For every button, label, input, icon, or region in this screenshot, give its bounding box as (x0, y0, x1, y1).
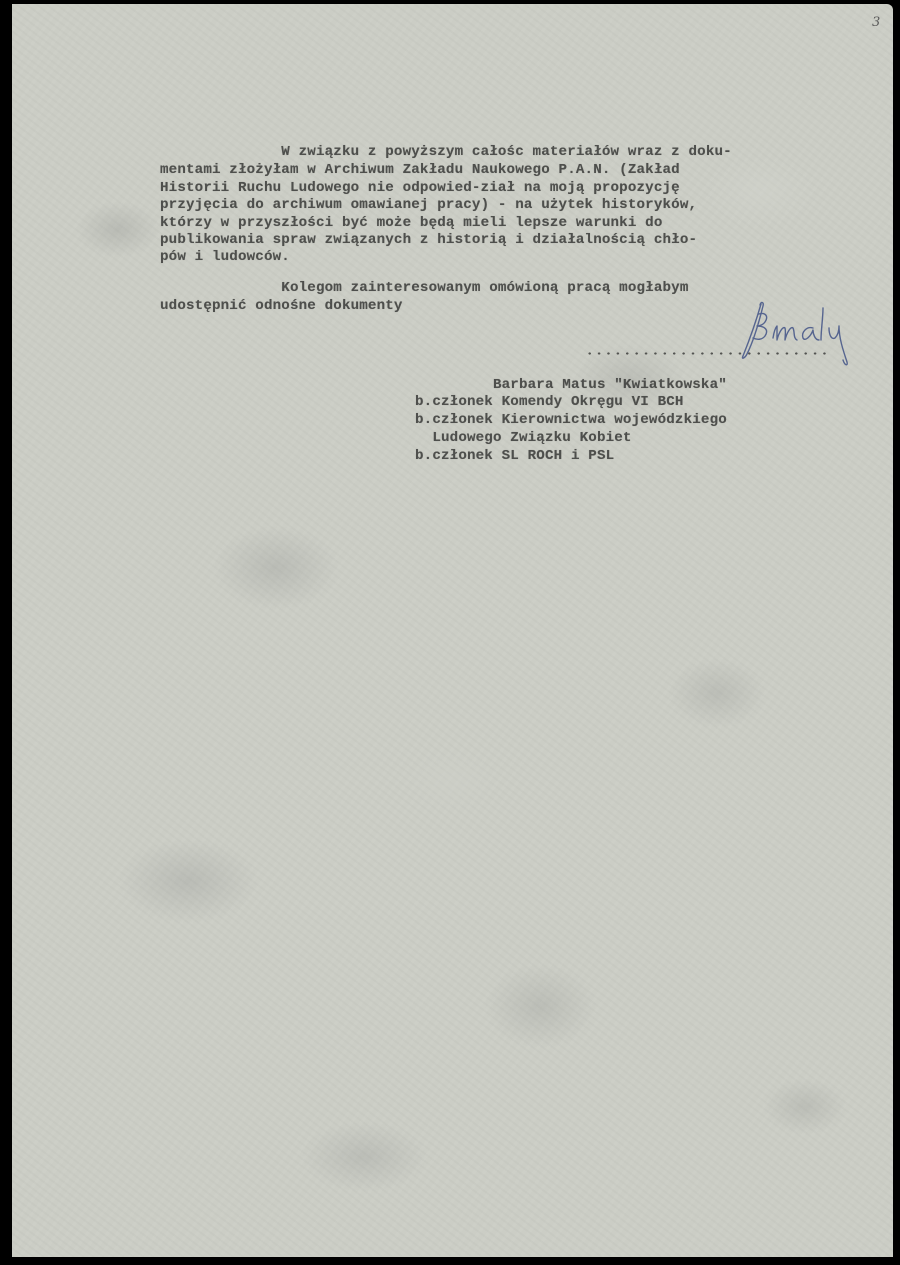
paragraph-1-line-6: publikowania spraw związanych z historią… (160, 232, 697, 250)
signatory-name: Barbara Matus "Kwiatkowska" (415, 376, 727, 394)
handwritten-signature (735, 298, 860, 370)
paragraph-1-line-5: którzy w przyszłości być może będą mieli… (160, 215, 663, 233)
signatory-role-3: b.członek SL ROCH i PSL (415, 447, 614, 465)
paragraph-2-line-2: udostępnić odnośne dokumenty (160, 298, 403, 316)
page-number: 3 (872, 15, 880, 30)
paragraph-1-line-1: W związku z powyższym całośc materiałów … (160, 144, 732, 162)
signatory-role-1: b.członek Komendy Okręgu VI BCH (415, 393, 684, 411)
signature-dotted-line (585, 352, 830, 355)
paragraph-1-line-3: Historii Ruchu Ludowego nie odpowied-zia… (160, 180, 680, 198)
signatory-role-2-continued: Ludowego Związku Kobiet (415, 429, 632, 447)
paragraph-2-line-1: Kolegom zainteresowanym omówioną pracą m… (160, 280, 689, 298)
paragraph-1-line-2: mentami złożyłam w Archiwum Zakładu Nauk… (160, 162, 680, 180)
paragraph-1-line-4: przyjęcia do archiwum omawianej pracy) -… (160, 197, 697, 215)
paragraph-1-line-7: pów i ludowców. (160, 249, 290, 267)
signatory-role-2: b.członek Kierownictwa wojewódzkiego (415, 411, 727, 429)
